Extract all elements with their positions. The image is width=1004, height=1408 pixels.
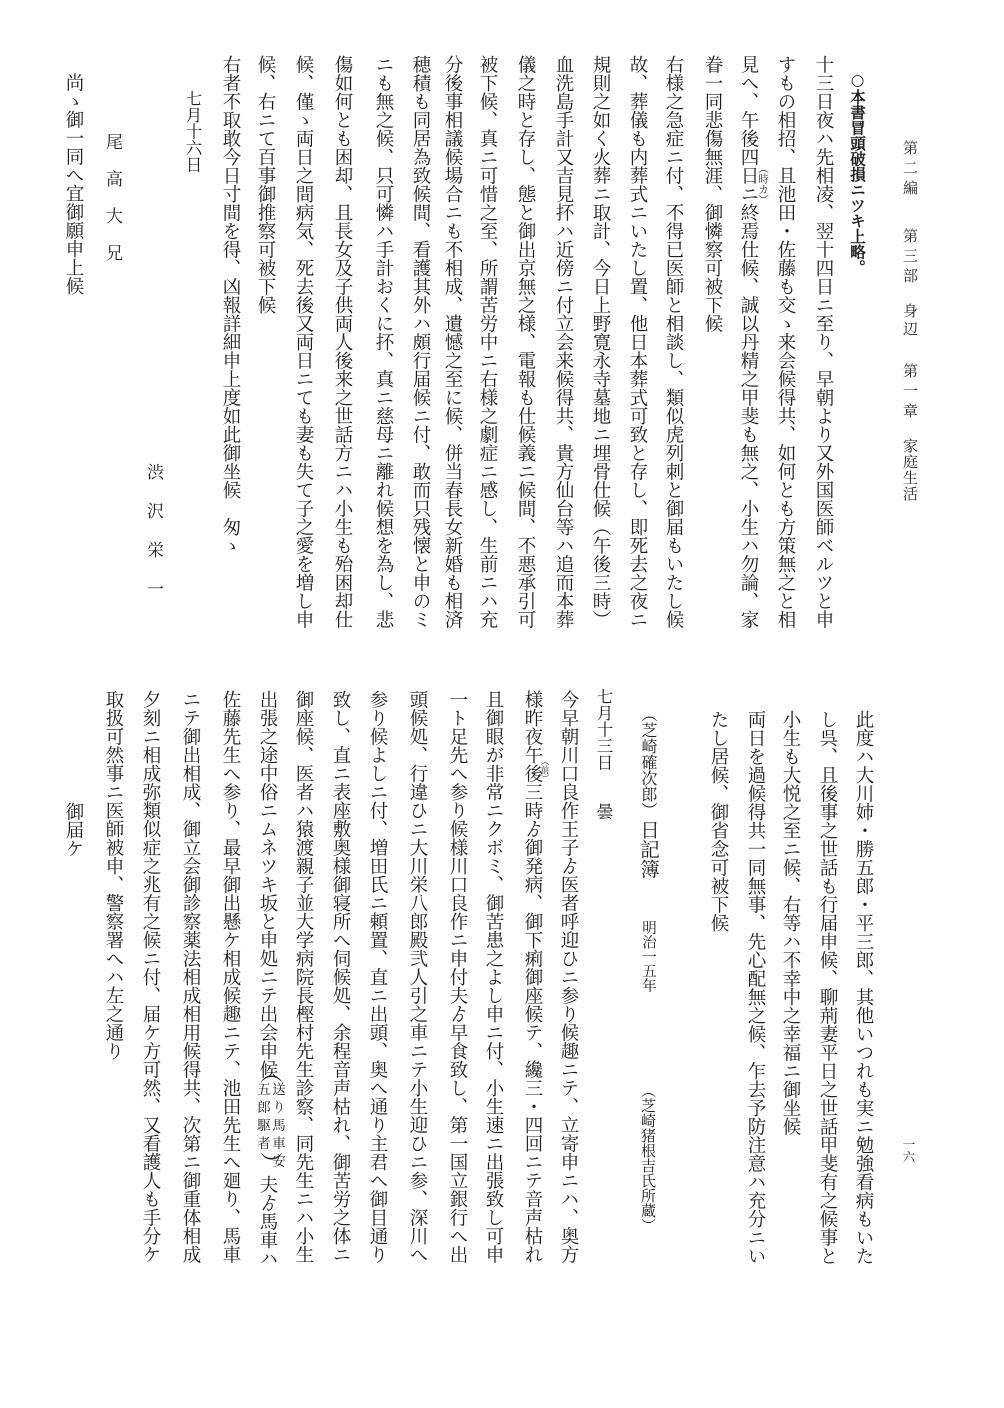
diary-date: 七月十三日 bbox=[594, 688, 612, 771]
letter-text-column: 血洗島手計又吉見抔ハ近傍ニ付立会来候得共、貴方仙台等ハ追而本葬 bbox=[553, 55, 573, 629]
running-head-part: 第二編 bbox=[901, 140, 919, 200]
letter-text-column: 候、僅ゝ両日之間病気、死去後又両日ニても妻も失て子之愛を増し申 bbox=[293, 55, 313, 629]
running-head-section-title: 身辺 bbox=[901, 303, 919, 339]
diary-text-column: 参り候よしニ付、増田氏ニ頼置、直ニ出頭、奥へ通り主君へ御目通り bbox=[367, 690, 387, 1264]
letter-text-column: 被下候、真ニ可惜之至、所謂苦労中ニ右様之劇症ニ感し、生前ニハ充 bbox=[477, 55, 497, 629]
diary-text-column: 取扱可然事ニ医師被申、警察署へハ左之通り bbox=[103, 690, 123, 1060]
diary-text-column: 夕刻ニ相成弥類似症之兆有之候ニ付、届ケ方可然、又看護人も手分ケ bbox=[140, 690, 160, 1264]
letter-text-column: 候、右ニて百事御推察可被下候 bbox=[255, 55, 275, 314]
letter-text-column: 両日を過候得共一同無事、先心配無之候、乍去予防注意ハ充分ニい bbox=[745, 710, 765, 1265]
letter-text-column: 眷一同悲傷無涯、御憐察可被下候 bbox=[702, 55, 722, 333]
letter-text-column: し呉、且後事之世話も行届申候、聊荊妻平日之世話甲斐有之候事と bbox=[817, 710, 837, 1265]
letter-recipient: 尾高大兄 bbox=[103, 133, 121, 281]
diary-text-column: 且御眼が非常ニクボミ、御苦患之よし申ニ付、小生速ニ出張致し可申 bbox=[483, 690, 503, 1264]
diary-closing: 御届ケ bbox=[63, 802, 83, 858]
letter-text-column: 右者不取敢今日寸間を得、凶報詳細申上度如此御坐候 匆ゝ bbox=[220, 55, 240, 555]
letter-text-column: 右様之急症ニ付、不得已医師と相談し、類似虎列刺と御届もいたし候 bbox=[663, 55, 683, 629]
inline-note-line: 五郎駆者 bbox=[255, 1082, 269, 1154]
diary-title: 日記簿 bbox=[637, 820, 659, 879]
inline-note-close-paren: ） bbox=[255, 1152, 283, 1174]
diary-text-column: 出張之途中俗ニムネツキ坂と申処ニテ出会申候 bbox=[257, 690, 277, 1079]
running-head-chapter: 第一章 bbox=[901, 363, 919, 423]
running-head-section: 第三部 bbox=[901, 228, 919, 288]
diary-text-column: 御座候、医者ハ猿渡親子並大学病院長樫村先生診察、同先生ニハ小生 bbox=[293, 690, 313, 1264]
running-head-chapter-title: 家庭生活 bbox=[901, 438, 919, 502]
diary-author: （芝崎確次郎） bbox=[639, 706, 657, 818]
letter-text-column: ニも無之候、只可憐ハ手計おくに抔、真ニ慈母ニ離れ候想を為し、悲 bbox=[373, 55, 393, 629]
diary-text-column: 一ト足先へ参り候様川口良作ニ申付夫ゟ早食致し、第一国立銀行へ出 bbox=[447, 690, 467, 1264]
book-page: 第二編 第三部 身辺 第一章 家庭生活 ○本書冒頭破損ニツキ上略。 十三日夜ハ先… bbox=[0, 0, 1004, 1408]
letter-text-column: 規則之如く火葬ニ取計、今日上野寛永寺墓地ニ埋骨仕候（午後三時） bbox=[590, 55, 610, 629]
diary-text-column: ニテ御出相成、御立会御診察薬法相成相用候得共、次第ニ御重体相成 bbox=[180, 690, 200, 1264]
letter-text-column: 傷如何とも困却、且長女及子供両人後来之世話方ニハ小生も殆困却仕 bbox=[332, 55, 352, 629]
editorial-annotation: （前） bbox=[539, 757, 549, 783]
letter-text-column: 分後事相議候場合ニも不相成、遺憾之至に候、併当春長女新婚も相済 bbox=[442, 55, 462, 629]
letter-text-column: 穂積も同居為致候間、看護其外ハ頗行届候ニ付、敢而只残懐と申のミ bbox=[410, 55, 430, 629]
diary-text-column: 致し、直ニ表座敷奥様御寝所へ伺候処、余程音声枯れ、御苦労之体ニ bbox=[330, 690, 350, 1264]
letter-text-column: 故、葬儀も内葬式ニいたし置、他日本葬式可致と存し、即死去之夜ニ bbox=[627, 55, 647, 629]
letter-text-column: 十三日夜ハ先相凌、翌十四日ニ至り、早朝より又外国医師ベルツと申 bbox=[813, 55, 833, 629]
inline-note-open-paren: （ bbox=[255, 1061, 283, 1083]
letter-text-column: 儀之時と存し、態と御出京無之様、電報も仕候義ニ候間、不悪承引可 bbox=[515, 55, 535, 629]
diary-text-column: 夫ゟ馬車ハ bbox=[257, 1175, 277, 1268]
letter-sender: 渋沢栄一 bbox=[144, 463, 162, 619]
editor-note: ○本書冒頭破損ニツキ上略。 bbox=[848, 70, 866, 275]
letter-postscript: 尚ゝ御一同へ宜御願申上候 bbox=[63, 73, 83, 295]
letter-text-column: すもの相招、且池田・佐藤も交ゝ来会候得共、如何とも方策無之と相 bbox=[775, 55, 795, 629]
letter-text-column: 小生も大悦之至ニ候、右等ハ不幸中之幸福ニ御坐候 bbox=[780, 710, 800, 1136]
diary-holder: （芝崎猪根吉氏所蔵） bbox=[639, 1083, 657, 1233]
letter-text-column: 此度ハ大川姉・勝五郎・平三郎、其他いつれも実ニ勉強看病もいた bbox=[853, 710, 873, 1265]
diary-text-column: 今早朝川口良作王子ゟ医者呼迎ひニ参り候趣ニテ、立寄申ニハ、奥方 bbox=[558, 690, 578, 1264]
page-number: 一六 bbox=[900, 1138, 916, 1163]
letter-date: 七月十六日 bbox=[183, 90, 201, 173]
letter-text-column: 見へ、午後四日ニ終焉仕候、誠以丹精之甲斐も無之、小生ハ勿論、家 bbox=[738, 55, 758, 629]
letter-text-column: たし居候、御省念可被下候 bbox=[708, 710, 728, 932]
diary-text-column: 頭候処、行違ひニ大川栄八郎殿弐人引之車ニテ小生迎ひニ参、深川へ bbox=[407, 690, 427, 1264]
diary-weather: 曇 bbox=[594, 803, 612, 820]
editorial-annotation: （時カ） bbox=[757, 163, 769, 205]
diary-text-column: 佐藤先生へ参り、最早御出懸ケ相成候趣ニテ、池田先生へ廻り、馬車 bbox=[220, 690, 240, 1264]
diary-year: 明治一五年 bbox=[640, 920, 656, 993]
